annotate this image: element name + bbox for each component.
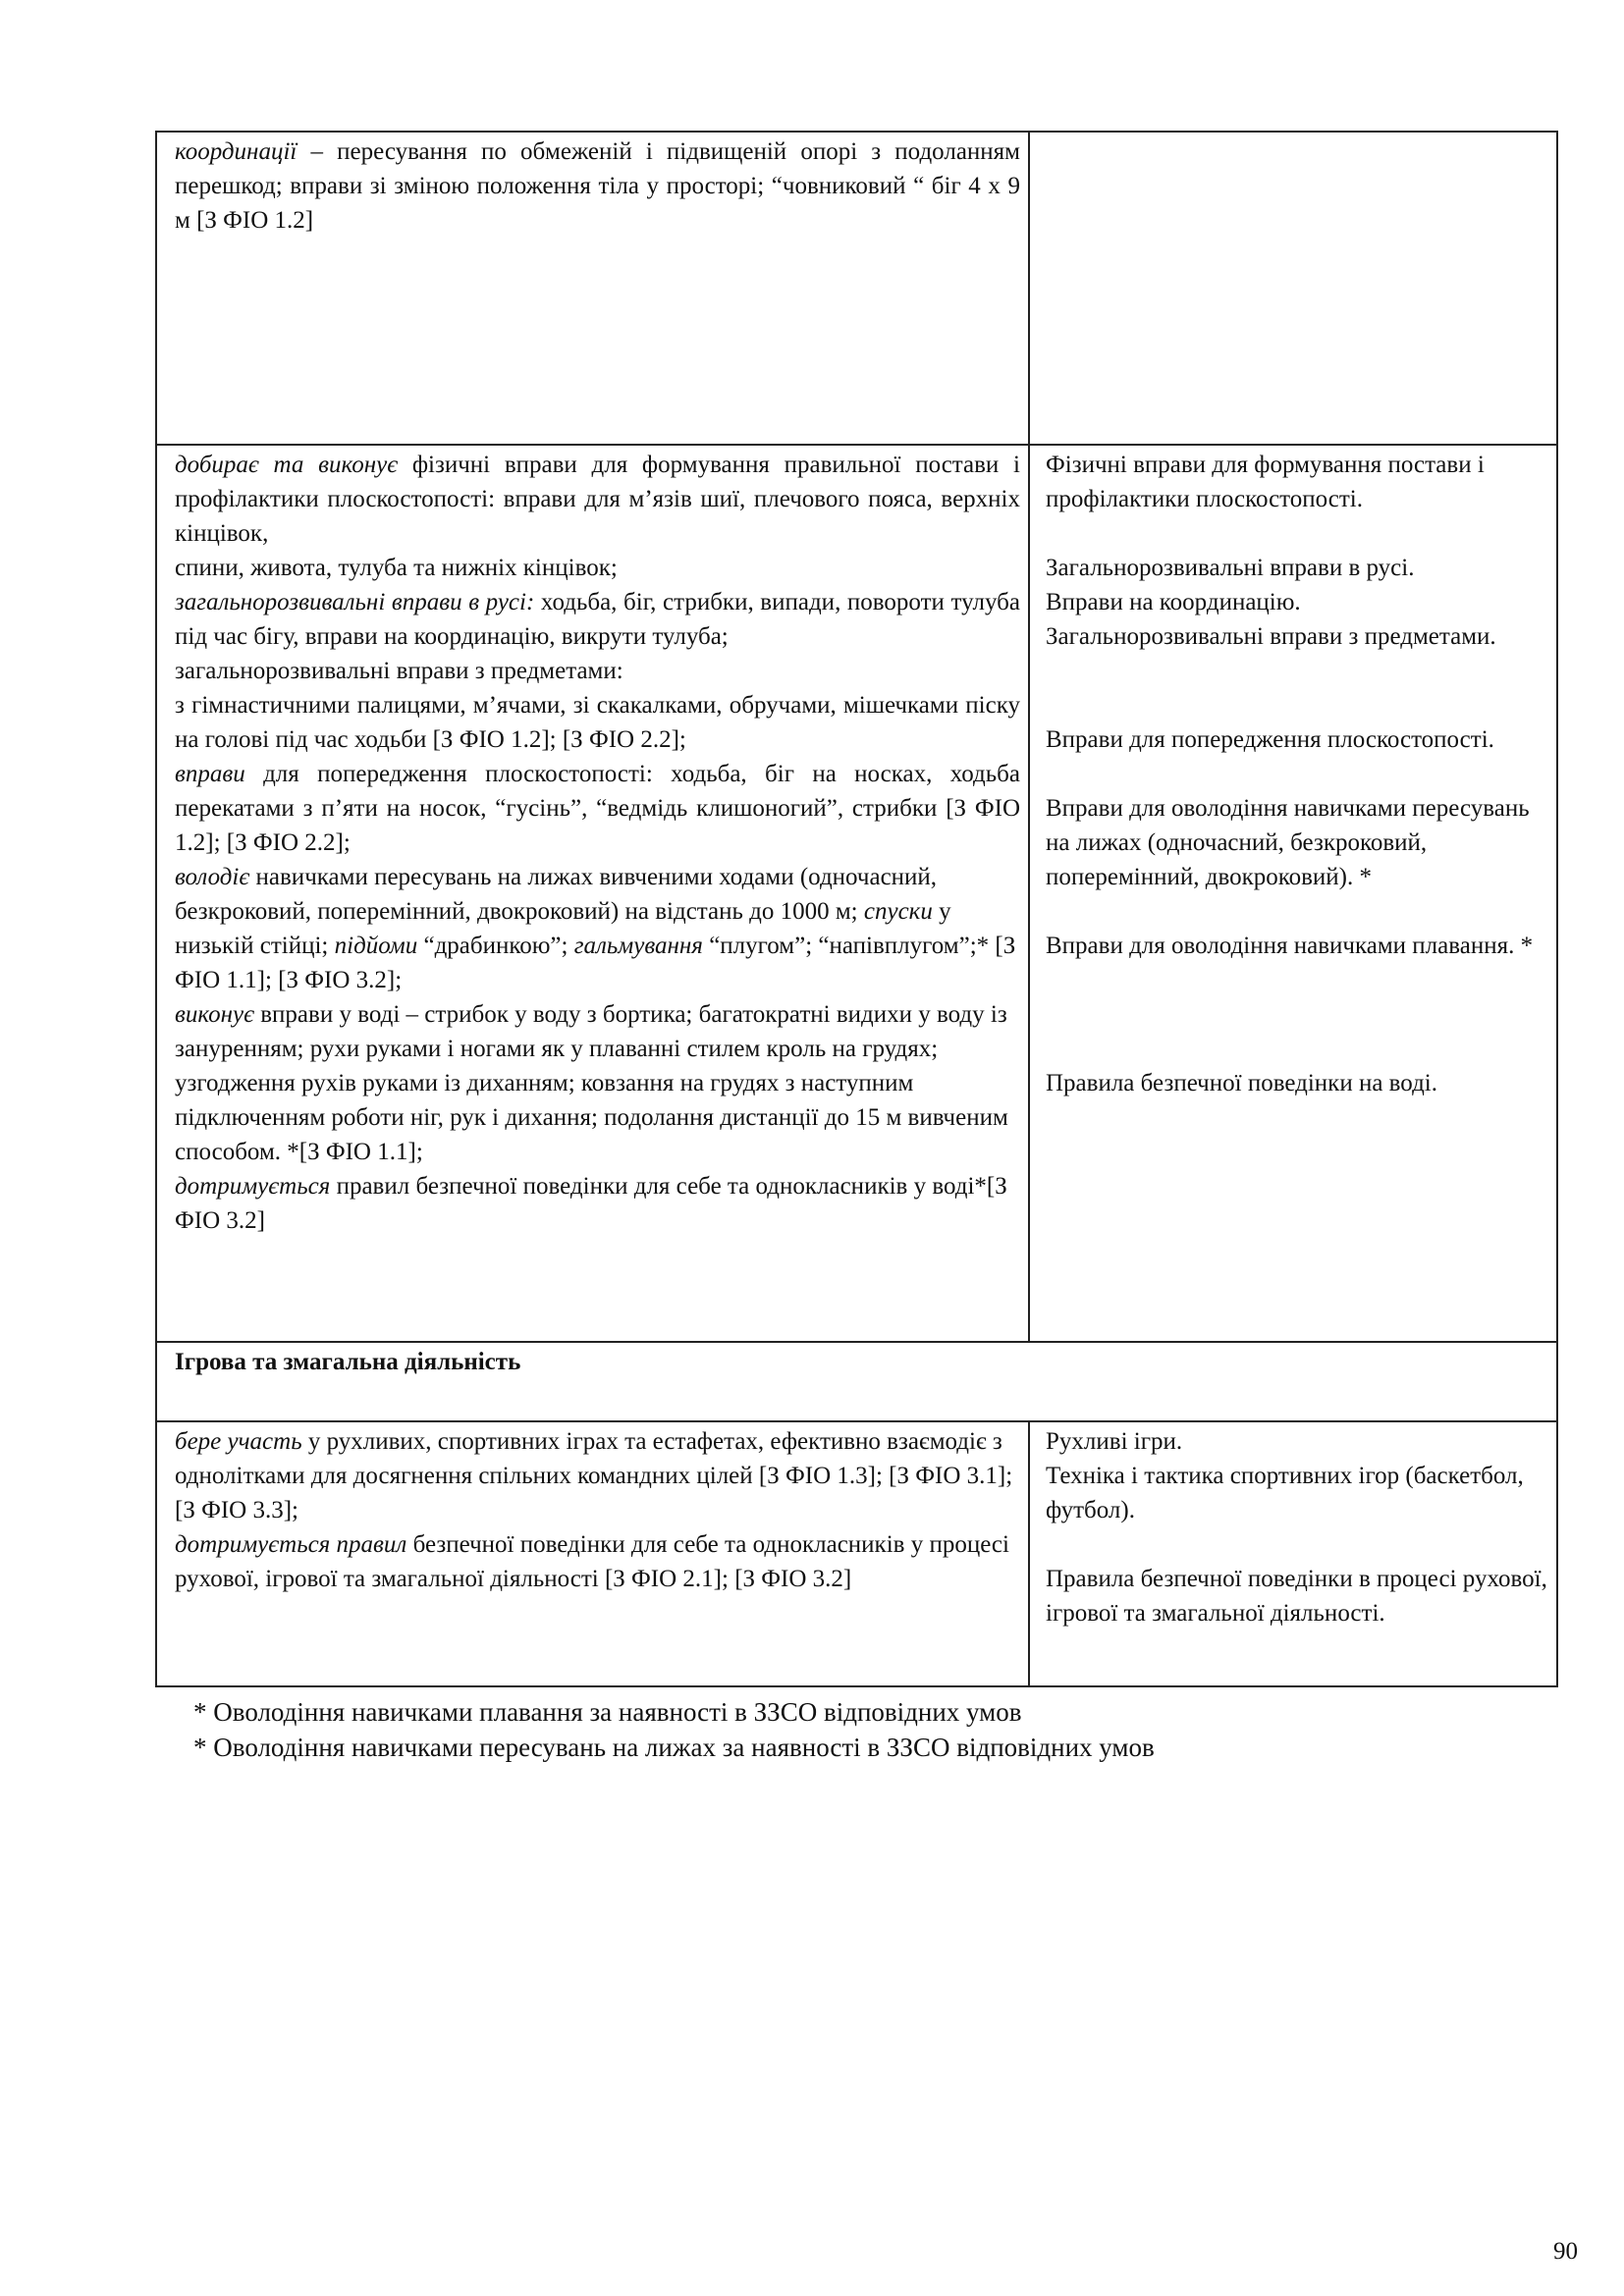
paragraph: виконує вправи у воді – стрибок у воду з… <box>175 997 1020 1169</box>
paragraph: вправи для попередження плоскостопості: … <box>175 757 1020 860</box>
paragraph: дотримується правил безпечної поведінки … <box>175 1169 1020 1238</box>
paragraph: координації – пересування по обмеженій і… <box>175 134 1020 238</box>
italic-term: координації <box>175 138 297 165</box>
paragraph: добирає та виконує фізичні вправи для фо… <box>175 448 1020 551</box>
content-cell: Рухливі ігри. Техніка і тактика спортивн… <box>1029 1421 1557 1686</box>
content-item: Правила безпечної поведінки в процесі ру… <box>1046 1562 1548 1630</box>
footnote: * Оволодіння навичками пересувань на лиж… <box>193 1730 1155 1765</box>
content-item: Техніка і тактика спортивних ігор (баске… <box>1046 1459 1548 1527</box>
content-item: Фізичні вправи для формування постави і … <box>1046 448 1548 516</box>
content-item: Вправи для оволодіння навичками пересува… <box>1046 791 1548 894</box>
content-cell <box>1029 132 1557 445</box>
expected-results-cell: бере участь у рухливих, спортивних іграх… <box>156 1421 1029 1686</box>
paragraph: загальнорозвивальні вправи в русі: ходьб… <box>175 585 1020 654</box>
paragraph: дотримується правил безпечної поведінки … <box>175 1527 1020 1596</box>
content-item: Загальнорозвивальні вправи в русі. <box>1046 551 1548 585</box>
content-item: Вправи для попередження плоскостопості. <box>1046 722 1548 757</box>
content-item: Правила безпечної поведінки на воді. <box>1046 1066 1548 1100</box>
table-row: координації – пересування по обмеженій і… <box>156 132 1557 445</box>
expected-results-cell: координації – пересування по обмеженій і… <box>156 132 1029 445</box>
expected-results-cell: добирає та виконує фізичні вправи для фо… <box>156 445 1029 1342</box>
content-cell: Фізичні вправи для формування постави і … <box>1029 445 1557 1342</box>
footnotes: * Оволодіння навичками плавання за наявн… <box>193 1694 1155 1765</box>
content-item: Рухливі ігри. <box>1046 1424 1548 1459</box>
footnote: * Оволодіння навичками плавання за наявн… <box>193 1694 1155 1730</box>
paragraph: спини, живота, тулуба та нижніх кінцівок… <box>175 551 1020 585</box>
content-item: Вправи для оволодіння навичками плавання… <box>1046 929 1548 963</box>
paragraph: володіє навичками пересувань на лижах ви… <box>175 860 1020 997</box>
paragraph: бере участь у рухливих, спортивних іграх… <box>175 1424 1020 1527</box>
table-row: добирає та виконує фізичні вправи для фо… <box>156 445 1557 1342</box>
table-row: бере участь у рухливих, спортивних іграх… <box>156 1421 1557 1686</box>
content-item: Вправи на координацію. <box>1046 585 1548 619</box>
section-title: Ігрова та змагальна діяльність <box>156 1342 1557 1421</box>
paragraph: загальнорозвивальні вправи з предметами: <box>175 654 1020 688</box>
curriculum-table: координації – пересування по обмеженій і… <box>155 131 1558 1687</box>
content-item: Загальнорозвивальні вправи з предметами. <box>1046 619 1548 654</box>
paragraph: з гімнастичними палицями, м’ячами, зі ск… <box>175 688 1020 757</box>
section-header-row: Ігрова та змагальна діяльність <box>156 1342 1557 1421</box>
page-number: 90 <box>1553 2238 1578 2266</box>
